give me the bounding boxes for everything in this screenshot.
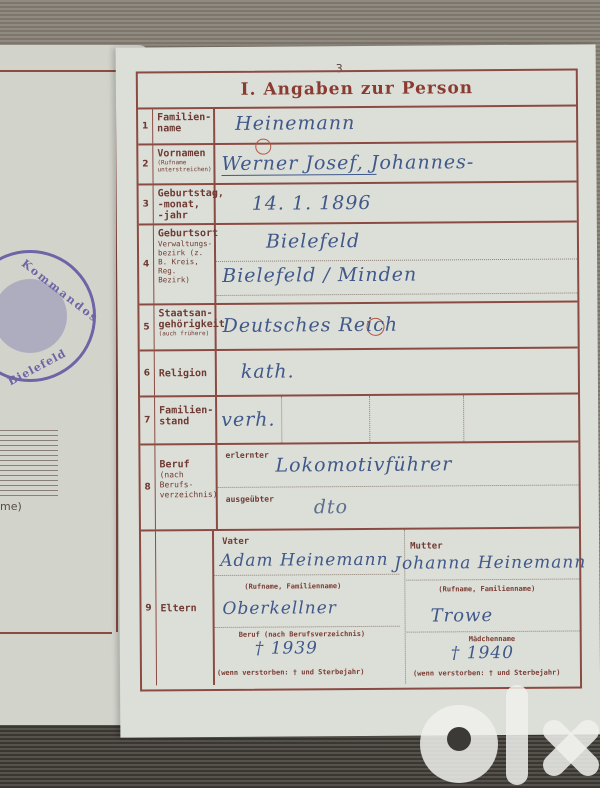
- value-cell: verh.: [217, 394, 578, 443]
- row-number: 2: [138, 145, 153, 183]
- dotted-line: [216, 258, 577, 262]
- row-number: 1: [138, 109, 153, 143]
- row-number: 8: [140, 445, 156, 529]
- father-heading: Vater: [222, 537, 249, 547]
- value-cell: 14. 1. 1896: [216, 182, 577, 223]
- label-line: Geburtstag,: [158, 188, 210, 199]
- section-title: I. Angaben zur Person: [138, 70, 576, 109]
- parents-cell: Vater Adam Heinemann (Rufname, Familienn…: [214, 528, 580, 685]
- value-cell: erlernter Lokomotivführer ausgeübter dto: [217, 442, 579, 529]
- row-label: Staatsan- gehörigkeit (auch frühere): [154, 305, 216, 349]
- label-line: Familien-: [159, 405, 211, 416]
- value-cell: Heinemann: [215, 106, 576, 143]
- row-label: Eltern: [156, 531, 215, 685]
- dotted-line: [215, 626, 400, 628]
- label-line: gehörigkeit: [158, 319, 210, 330]
- row-label: Familien- stand: [155, 397, 217, 443]
- value-cell: kath.: [217, 348, 578, 395]
- mother-death-value: † 1940: [451, 643, 514, 663]
- birth-date-value: 14. 1. 1896: [252, 192, 372, 215]
- dotted-divider: [369, 396, 370, 442]
- label-line: Familien-: [157, 112, 209, 123]
- father-name-value: Adam Heinemann: [220, 550, 388, 571]
- marital-status-value: verh.: [221, 409, 275, 431]
- row-occupation: 8 Beruf (nach Berufs-verzeichnis) erlern…: [140, 442, 579, 531]
- row-number: 4: [139, 225, 155, 303]
- left-page-hatching: [0, 430, 58, 500]
- label-line: Beruf: [159, 459, 211, 470]
- family-name-value: Heinemann: [235, 112, 355, 135]
- row-marital-status: 7 Familien- stand verh.: [140, 394, 578, 445]
- value-cell: Bielefeld Bielefeld / Minden: [216, 222, 578, 303]
- row-religion: 6 Religion kath.: [140, 348, 578, 397]
- label-note: (Rufname unterstreichen): [157, 159, 209, 173]
- given-names-value: Werner Josef, Johannes-: [221, 151, 474, 175]
- row-parents: 9 Eltern Vater Adam Heinemann (Rufname, …: [141, 528, 580, 685]
- row-given-names: 2 Vornamen (Rufname unterstreichen) Wern…: [138, 142, 576, 185]
- mother-death-caption: (wenn verstorben: † und Sterbejahr): [413, 669, 561, 678]
- left-page-caption: me): [0, 500, 22, 513]
- label-line: Eltern: [160, 603, 196, 614]
- district-value: Bielefeld / Minden: [222, 264, 417, 287]
- row-label: Geburtstag, -monat, -jahr: [154, 185, 216, 223]
- row-label: Familien- name: [153, 109, 215, 143]
- watermark-o-icon: [420, 705, 498, 783]
- dotted-line: [216, 292, 577, 296]
- father-occupation-value: Oberkellner: [222, 598, 337, 619]
- row-number: 9: [141, 531, 157, 685]
- label-line: -monat,: [158, 199, 210, 210]
- birthplace-value: Bielefeld: [266, 230, 360, 253]
- label-line: -jahr: [158, 210, 210, 221]
- value-cell: Werner Josef, Johannes-: [215, 142, 576, 183]
- row-birth-date: 3 Geburtstag, -monat, -jahr 14. 1. 1896: [139, 182, 577, 225]
- practiced-occupation-value: dto: [314, 496, 348, 518]
- father-death-value: † 1939: [255, 638, 318, 658]
- dotted-divider: [463, 395, 464, 441]
- dotted-divider: [281, 397, 282, 443]
- learned-occupation-value: Lokomotivführer: [275, 453, 452, 476]
- olx-watermark-logo: [420, 705, 600, 788]
- label-line: Staatsan-: [158, 308, 210, 319]
- mother-maiden-name-value: Trowe: [430, 605, 493, 626]
- row-label: Vornamen (Rufname unterstreichen): [153, 145, 215, 183]
- nationality-value: Deutsches Reich: [222, 314, 398, 337]
- dotted-line: [214, 574, 399, 576]
- practiced-occupation-label: ausgeübter: [226, 495, 274, 504]
- dotted-line: [406, 578, 579, 580]
- watermark-l-icon: [506, 685, 528, 785]
- row-number: 3: [139, 185, 154, 223]
- mother-name-value: Johanna Heinemann: [394, 552, 586, 573]
- label-line: Vornamen: [157, 148, 209, 159]
- mother-heading: Mutter: [410, 541, 443, 551]
- value-cell: Deutsches Reich: [216, 302, 577, 349]
- row-nationality: 5 Staatsan- gehörigkeit (auch frühere) D…: [139, 302, 577, 351]
- father-death-caption: (wenn verstorben: † und Sterbejahr): [217, 668, 365, 677]
- mother-name-caption: (Rufname, Familienname): [438, 585, 535, 594]
- left-page-frame-bottom: [0, 632, 112, 634]
- learned-occupation-label: erlernter: [225, 451, 268, 460]
- dotted-line: [407, 630, 580, 632]
- label-note: (auch frühere): [159, 330, 211, 337]
- father-name-caption: (Rufname, Familienname): [244, 582, 341, 591]
- label-line: Religion: [159, 368, 207, 379]
- row-family-name: 1 Familien- name Heinemann: [138, 106, 576, 145]
- rufname-underline: [221, 174, 376, 176]
- row-number: 7: [140, 397, 155, 443]
- row-number: 6: [140, 351, 155, 395]
- right-page: 3 I. Angaben zur Person 1 Familien- name…: [116, 44, 600, 737]
- personal-data-form: I. Angaben zur Person 1 Familien- name H…: [136, 68, 582, 691]
- religion-value: kath.: [241, 360, 295, 382]
- row-birthplace: 4 Geburtsort Verwaltungs-bezirk (z. B. K…: [139, 222, 578, 305]
- row-label: Beruf (nach Berufs-verzeichnis): [155, 445, 218, 529]
- row-number: 5: [139, 305, 154, 349]
- label-note: Verwaltungs-bezirk (z. B. Kreis, Reg. Be…: [158, 239, 210, 284]
- row-label: Geburtsort Verwaltungs-bezirk (z. B. Kre…: [154, 225, 217, 303]
- dotted-line: [218, 484, 579, 488]
- label-note: (nach Berufs-verzeichnis): [160, 470, 212, 500]
- label-line: stand: [159, 416, 211, 427]
- row-label: Religion: [155, 351, 217, 395]
- label-line: name: [157, 123, 209, 134]
- label-line: Geburtsort: [158, 228, 210, 239]
